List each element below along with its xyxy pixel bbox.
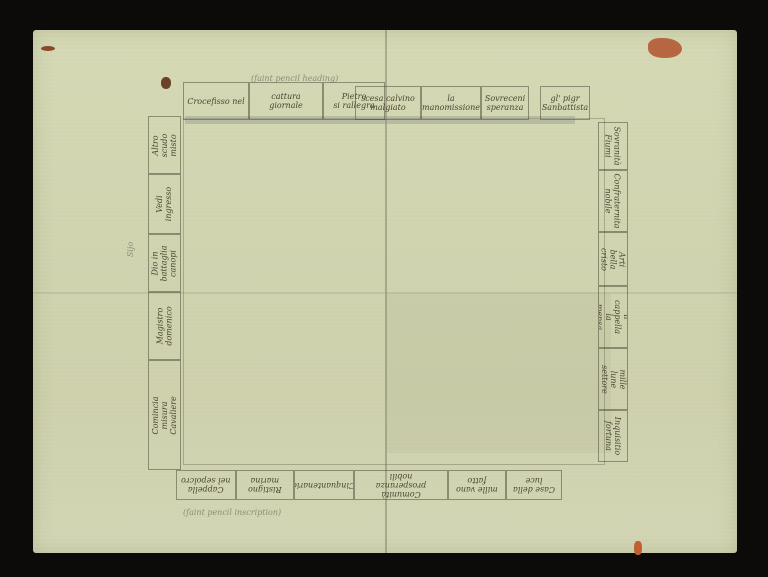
plan-cell-left-1: Altro scudo misto [148,116,181,174]
plan-cell-bottom-2: Ristigno marina [236,470,294,500]
plan-cell-top-4: scesa calvino malgiato [355,86,421,120]
room-interior [183,118,605,465]
plan-cell-left-3: Dio in battaglia canopi [148,234,181,292]
plan-cell-right-1: Sovranità Fiumi [598,122,628,170]
plan-cell-right-4: il cappella la mensa [598,286,628,348]
plan-cell-right-5: mille lune settore [598,348,628,410]
stain-top-right [648,38,682,58]
plan-cell-left-5: Comincia misura Cavaliere [148,360,181,470]
plan-cell-top-6: Sovreceni speranza [481,86,529,120]
plan-cell-left-4: Magistro domenico [148,292,181,360]
left-side-note: Sijo [126,242,135,257]
stain-bottom-right [634,541,642,555]
bottom-note: (faint pencil inscription) [183,508,281,517]
plan-cell-top-2: cattura giornale [249,82,323,120]
plan-cell-top-5: la manomissione [421,86,481,120]
plan-cell-top-1: Crocefisso nel [183,82,249,120]
plan-cell-bottom-5: mille vano fatto [448,470,506,500]
plan-cell-right-6: Inquisitio fortuna [598,410,628,462]
plan-cell-left-2: Vedi ingresso [148,174,181,234]
plan-cell-bottom-6: Case della luce [506,470,562,500]
plan-cell-bottom-3: Cinquantenario [294,470,354,500]
plan-cell-bottom-4: Comunità prosperanza nobili [354,470,448,500]
stain-spot [161,77,171,89]
plan-cell-right-2: Confraternita nobile [598,170,628,232]
plan-cell-bottom-1: Cappella nel sepolcro [176,470,236,500]
plan-cell-top-7: gl' pigr Sanbattista [540,86,590,120]
stain-top-left [41,46,55,51]
plan-cell-right-3: Arti bella cristo [598,232,628,286]
manuscript-sheet: (faint pencil heading) Sijo (faint penci… [33,30,737,553]
